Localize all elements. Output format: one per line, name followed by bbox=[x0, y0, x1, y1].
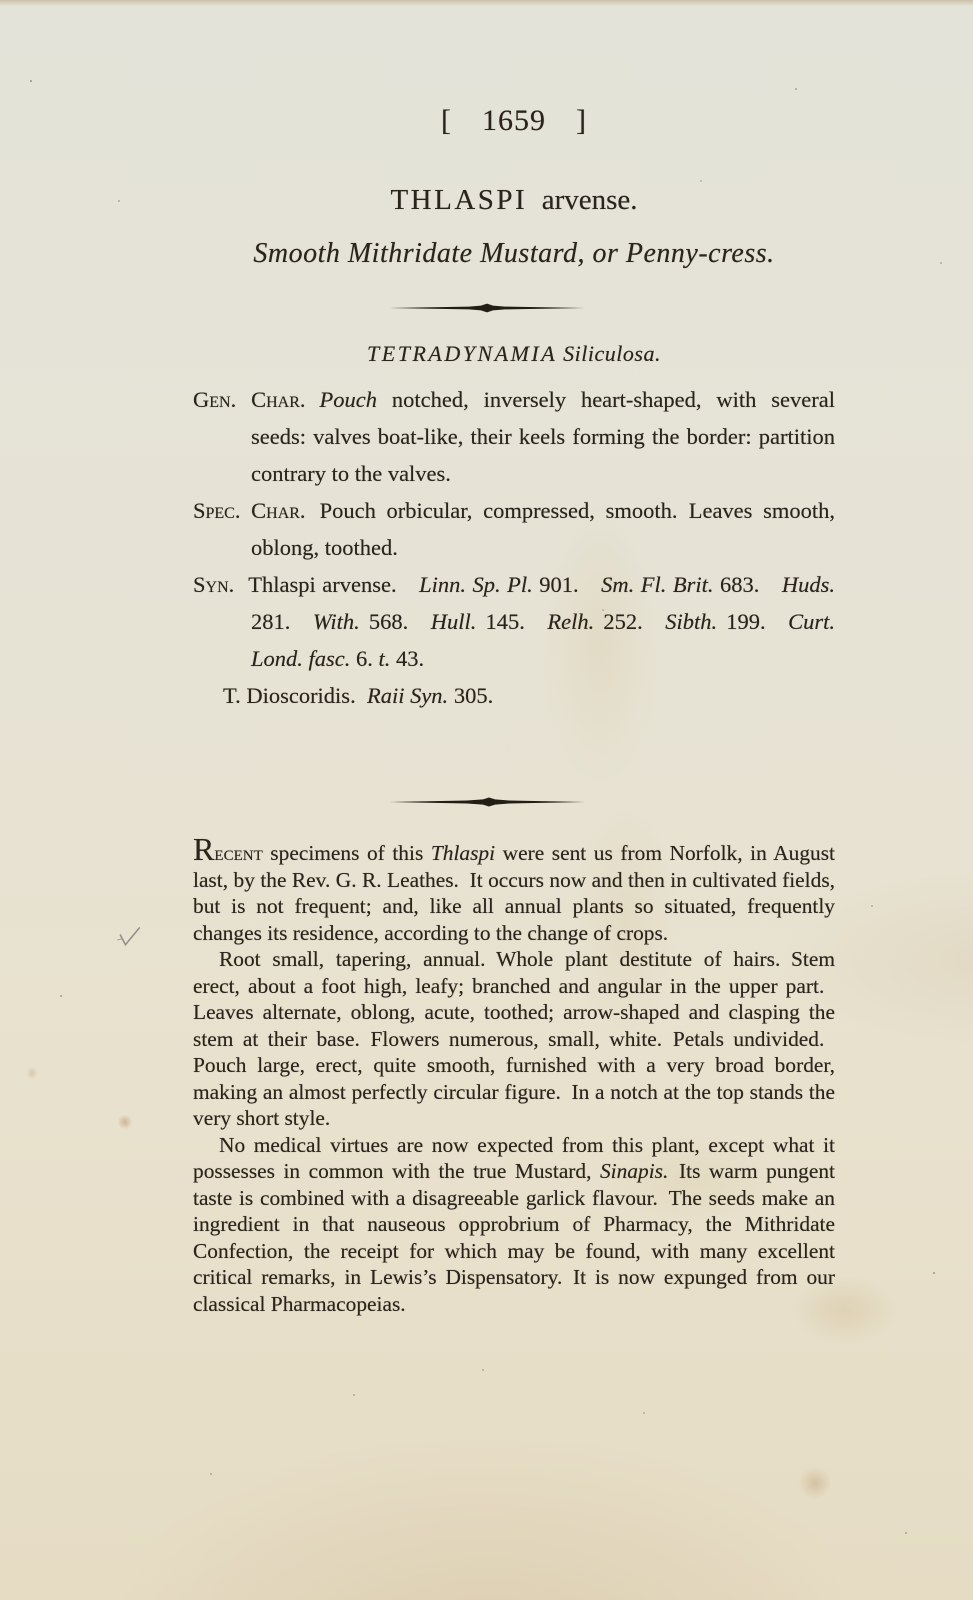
text-segment: ecent bbox=[214, 841, 262, 865]
text-segment: Raii Syn. bbox=[367, 683, 448, 708]
synonyms-entry: Syn.Thlaspi arvense. Linn. Sp. Pl. 901. … bbox=[193, 566, 835, 677]
text-segment: 901. bbox=[533, 572, 601, 597]
character-entries: Gen. Char.Pouch notched, inversely heart… bbox=[193, 381, 835, 714]
text-segment: 199. bbox=[717, 609, 788, 634]
swelled-rule-middle bbox=[0, 797, 973, 807]
text-segment: 305. bbox=[448, 683, 493, 708]
text-segment: TETRADYNAMIA bbox=[367, 341, 557, 366]
text-segment: Pouch orbicular, compressed, smooth. Lea… bbox=[251, 498, 835, 560]
common-name-subtitle: Smooth Mithridate Mustard, or Penny-cres… bbox=[193, 238, 835, 270]
text-segment: With. bbox=[313, 609, 360, 634]
text-segment: T. Dioscoridis. bbox=[223, 683, 367, 708]
dioscoridis-entry: T. Dioscoridis. Raii Syn. 305. bbox=[193, 677, 835, 714]
text-segment: specimens of this bbox=[263, 841, 431, 865]
generic-character-entry: Gen. Char.Pouch notched, inversely heart… bbox=[193, 381, 835, 492]
paragraph-plant-description: Root small, tapering, annual. Whole plan… bbox=[193, 946, 835, 1132]
text-segment: 281. bbox=[251, 609, 313, 634]
text-segment: Hull. bbox=[431, 609, 477, 634]
taxonomy-line: TETRADYNAMIA Siliculosa. bbox=[193, 341, 835, 367]
synonyms-label: Syn. bbox=[193, 572, 234, 597]
specific-character-entry: Spec. Char.Pouch orbicular, compressed, … bbox=[193, 492, 835, 566]
paragraph-medical-virtues: No medical virtues are now expected from… bbox=[193, 1132, 835, 1318]
text-segment: 568. bbox=[360, 609, 431, 634]
text-segment: Sibth. bbox=[665, 609, 717, 634]
swelled-rule-top bbox=[0, 303, 973, 313]
body-text: Recent specimens of this Thlaspi were se… bbox=[193, 840, 835, 1317]
swelled-rule-icon bbox=[389, 303, 585, 313]
text-segment: THLASPI bbox=[390, 184, 527, 216]
text-segment: Huds. bbox=[782, 572, 835, 597]
folio-page-number: 1659 bbox=[482, 104, 546, 138]
folio-number: [1659] bbox=[193, 104, 835, 138]
text-segment: Linn. Sp. Pl. bbox=[419, 572, 533, 597]
text-segment: Thlaspi bbox=[431, 841, 495, 865]
folio-bracket-right: ] bbox=[576, 104, 587, 138]
text-segment: 252. bbox=[594, 609, 665, 634]
text-segment: 683. bbox=[714, 572, 782, 597]
text-segment: Siliculosa. bbox=[557, 341, 661, 366]
specific-character-label: Spec. Char. bbox=[193, 498, 306, 523]
text-segment: Root small, tapering, annual. Whole plan… bbox=[193, 947, 835, 1130]
text-segment: Pouch bbox=[320, 387, 377, 412]
text-segment: t. bbox=[379, 646, 391, 671]
text-segment: 6. bbox=[350, 646, 378, 671]
generic-character-label: Gen. Char. bbox=[193, 387, 306, 412]
checkmark-icon bbox=[115, 923, 144, 952]
generic-character-text: Pouch notched, inversely heart-shaped, w… bbox=[251, 387, 835, 486]
text-segment: Relh. bbox=[547, 609, 594, 634]
text-segment: 145. bbox=[476, 609, 547, 634]
swelled-rule-icon bbox=[389, 797, 585, 807]
paragraph-recent-specimens: Recent specimens of this Thlaspi were se… bbox=[193, 840, 835, 946]
text-segment: Thlaspi arvense. bbox=[248, 572, 419, 597]
folio-bracket-left: [ bbox=[441, 104, 452, 138]
text-segment: Sm. Fl. Brit. bbox=[601, 572, 713, 597]
species-title: THLASPI arvense. bbox=[193, 184, 835, 217]
pencil-checkmark bbox=[114, 923, 143, 957]
dioscoridis-text: T. Dioscoridis. Raii Syn. 305. bbox=[223, 683, 493, 708]
text-segment: arvense. bbox=[527, 184, 637, 216]
text-segment: Sinapis. bbox=[600, 1159, 668, 1183]
synonyms-text: Thlaspi arvense. Linn. Sp. Pl. 901. Sm. … bbox=[248, 572, 835, 671]
specific-character-text: Pouch orbicular, compressed, smooth. Lea… bbox=[251, 498, 835, 560]
text-segment: 43. bbox=[390, 646, 424, 671]
text-segment: R bbox=[193, 831, 214, 867]
